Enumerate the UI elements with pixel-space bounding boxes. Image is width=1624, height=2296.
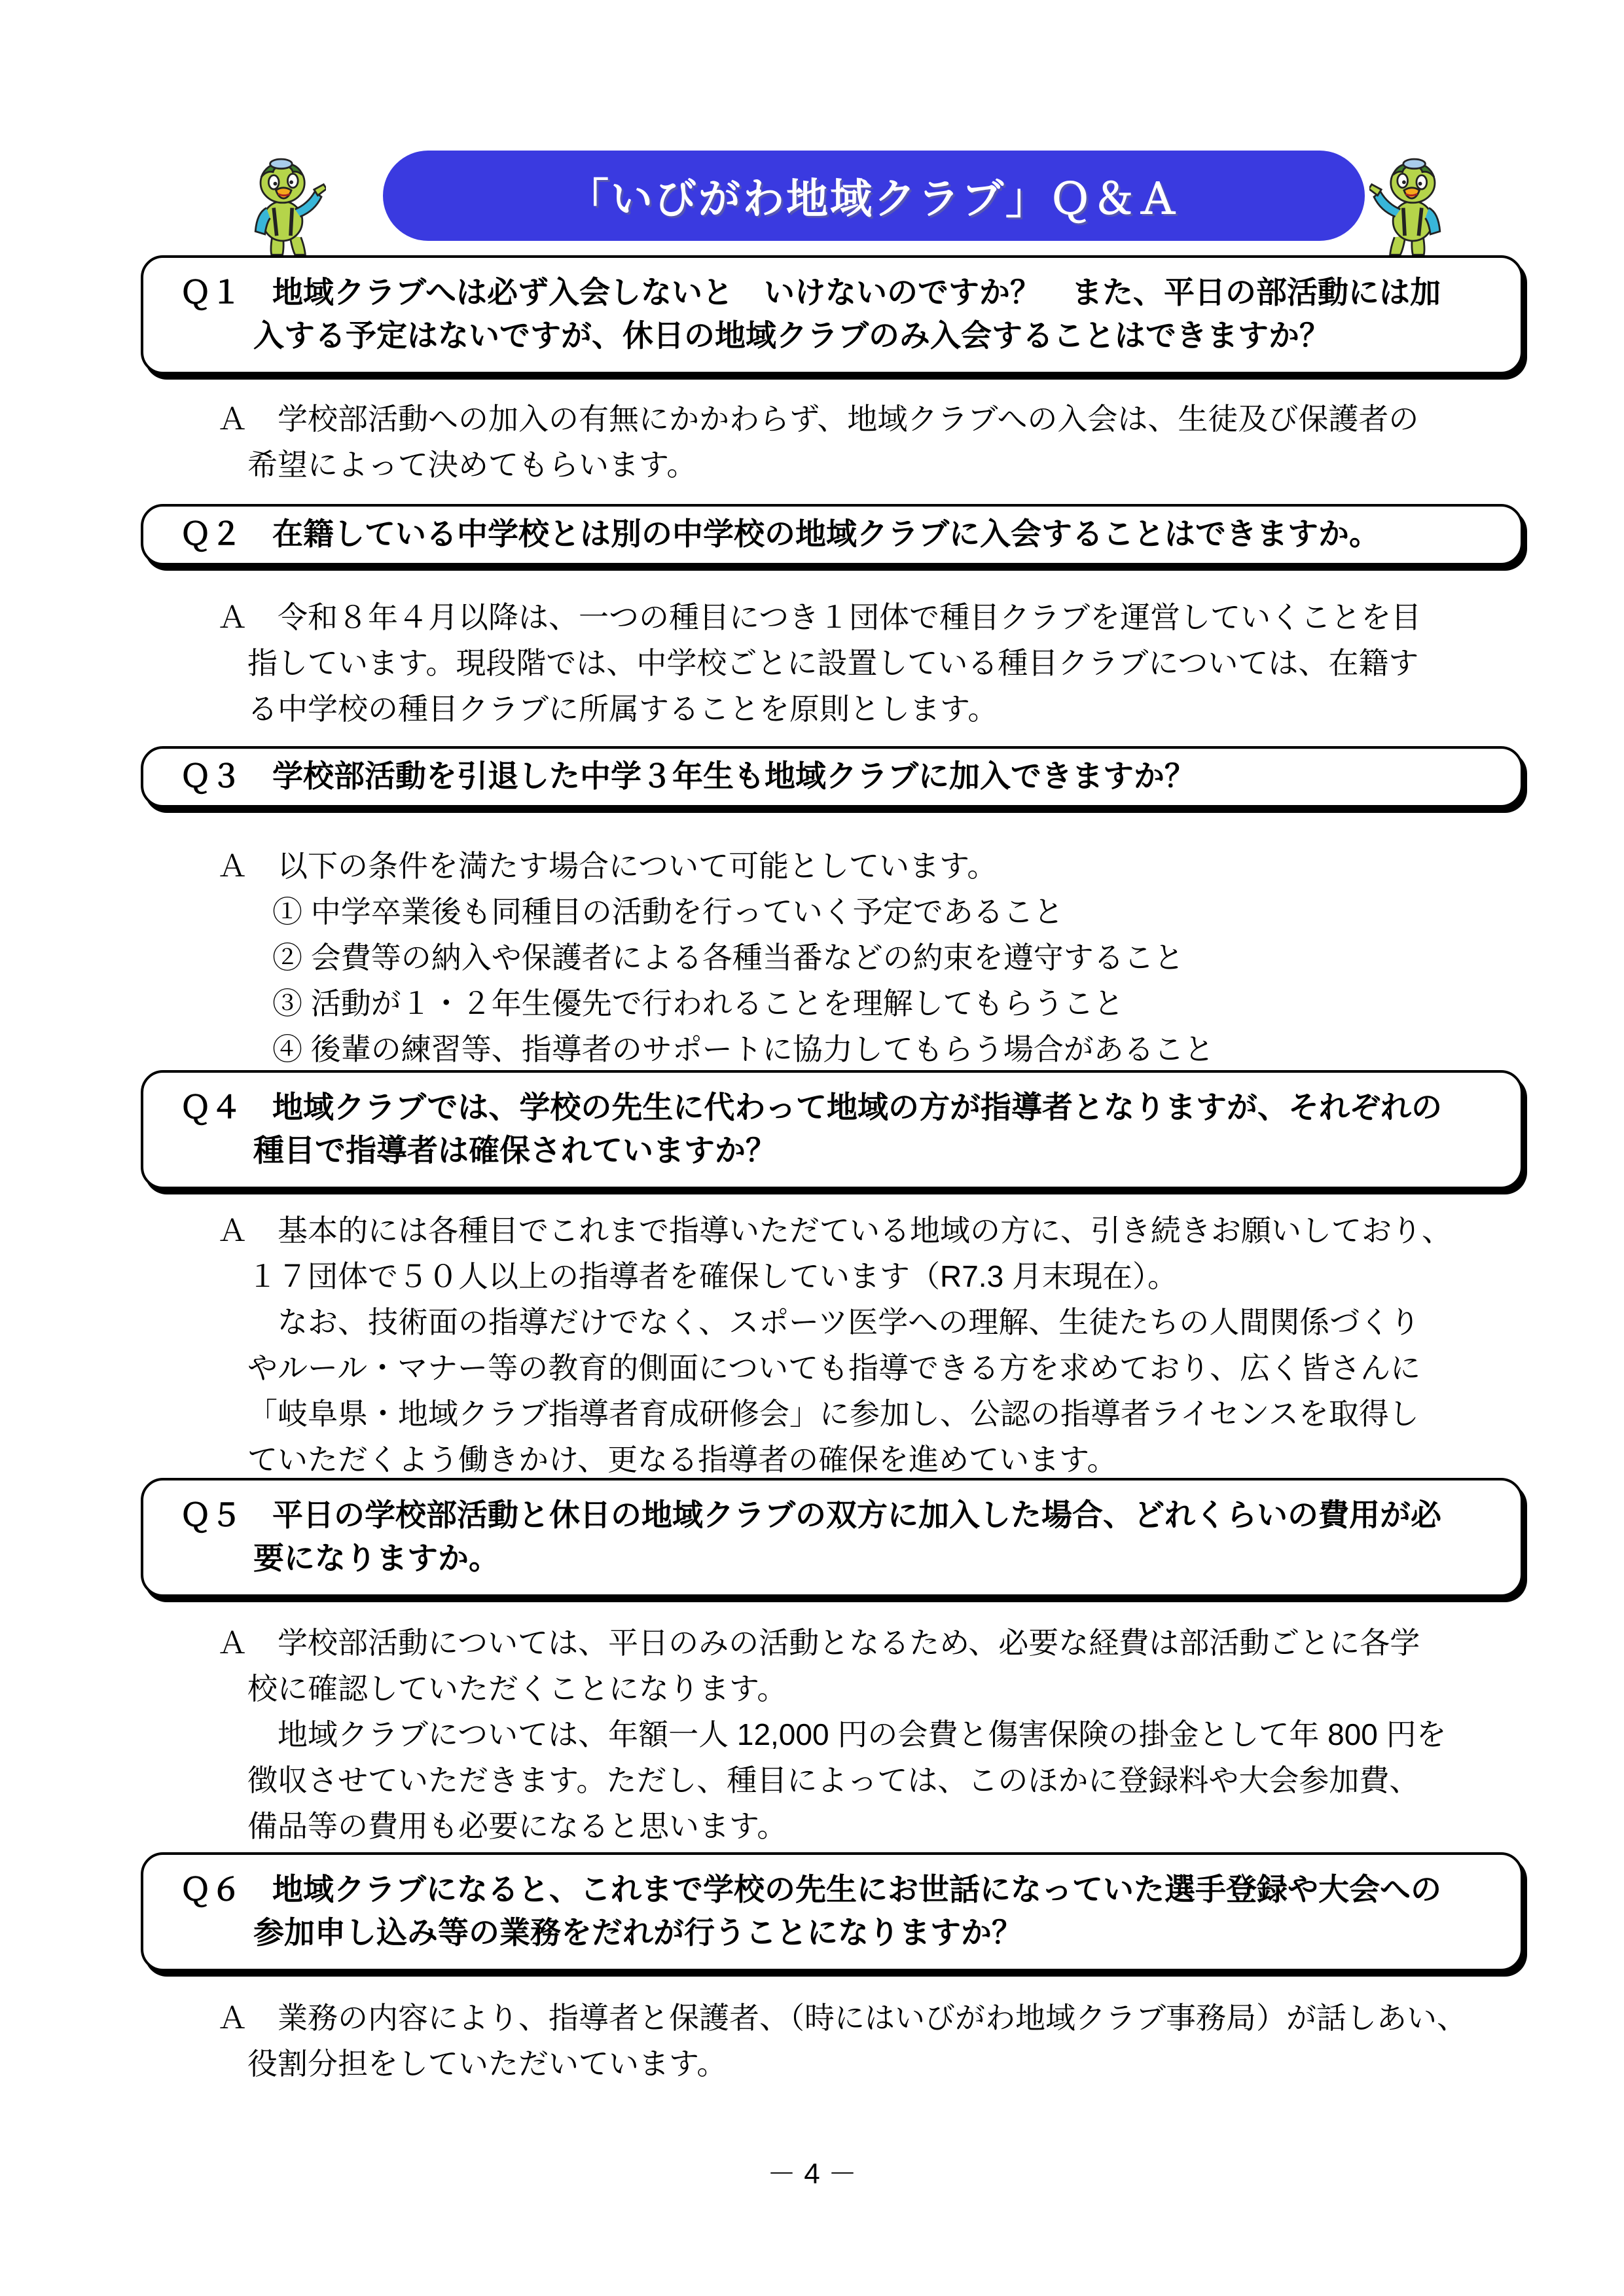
title-banner: 「いびがわ地域クラブ」Ｑ＆Ａ — [383, 151, 1365, 241]
answer-block-a3: Ａ 以下の条件を満たす場合について可能としています。 ① 中学卒業後も同種目の活… — [217, 843, 1592, 1072]
question-text: Ｑ４ 地域クラブでは、学校の先生に代わって地域の方が指導者となりますが、それぞれ… — [180, 1086, 1494, 1129]
answer-text: Ａ 以下の条件を満たす場合について可能としています。 — [217, 843, 1592, 889]
answer-text: ていただくよう働きかけ、更なる指導者の確保を進めています。 — [217, 1437, 1592, 1482]
question-text: 要になりますか。 — [180, 1537, 1494, 1580]
answer-list-item: ① 中学卒業後も同種目の活動を行っていく予定であること — [217, 889, 1592, 935]
answer-text: 地域クラブについては、年額一人 12,000 円の会費と傷害保険の掛金として年 … — [217, 1712, 1592, 1757]
answer-text: Ａ 基本的には各種目でこれまで指導いただている地域の方に、引き続きお願いしており… — [217, 1208, 1592, 1253]
question-text: 入する予定はないですが、休日の地域クラブのみ入会することはできますか？ — [180, 314, 1494, 357]
question-box-q1: Ｑ１ 地域クラブへは必ず入会しないと いけないのですか？ また、平日の部活動には… — [141, 255, 1523, 374]
answer-text: 校に確認していただくことになります。 — [217, 1666, 1592, 1712]
question-box-q3: Ｑ３ 学校部活動を引退した中学３年生も地域クラブに加入できますか？ — [141, 746, 1523, 808]
answer-text: １７団体で５０人以上の指導者を確保しています（R7.3 月末現在）。 — [217, 1253, 1592, 1299]
answer-text: Ａ 学校部活動については、平日のみの活動となるため、必要な経費は部活動ごとに各学 — [217, 1620, 1592, 1666]
answer-text: なお、技術面の指導だけでなく、スポーツ医学への理解、生徒たちの人間関係づくり — [217, 1299, 1592, 1345]
answer-text: 備品等の費用も必要になると思います。 — [217, 1803, 1592, 1849]
answer-text: る中学校の種目クラブに所属することを原則とします。 — [217, 686, 1592, 732]
answer-text: 徴収させていただきます。ただし、種目によっては、このほかに登録料や大会参加費、 — [217, 1757, 1592, 1803]
answer-list-item: ② 会費等の納入や保護者による各種当番などの約束を遵守すること — [217, 935, 1592, 980]
answer-text: 指しています。現段階では、中学校ごとに設置している種目クラブについては、在籍す — [217, 640, 1592, 686]
question-box-q6: Ｑ６ 地域クラブになると、これまで学校の先生にお世話になっていた選手登録や大会へ… — [141, 1852, 1523, 1971]
question-box-q4: Ｑ４ 地域クラブでは、学校の先生に代わって地域の方が指導者となりますが、それぞれ… — [141, 1070, 1523, 1189]
page-number: － 4 － — [0, 2150, 1624, 2192]
question-text: 参加申し込み等の業務をだれが行うことになりますか？ — [180, 1911, 1494, 1954]
question-text: Ｑ２ 在籍している中学校とは別の中学校の地域クラブに入会することはできますか。 — [180, 512, 1494, 556]
answer-text: 希望によって決めてもらいます。 — [217, 442, 1592, 488]
answer-text: やルール・マナー等の教育的側面についても指導できる方を求めており、広く皆さんに — [217, 1345, 1592, 1391]
answer-list-item: ④ 後輩の練習等、指導者のサポートに協力してもらう場合があること — [217, 1026, 1592, 1072]
question-text: 種目で指導者は確保されていますか？ — [180, 1129, 1494, 1172]
question-box-q2: Ｑ２ 在籍している中学校とは別の中学校の地域クラブに入会することはできますか。 — [141, 504, 1523, 565]
question-box-q5: Ｑ５ 平日の学校部活動と休日の地域クラブの双方に加入した場合、どれくらいの費用が… — [141, 1478, 1523, 1597]
question-text: Ｑ３ 学校部活動を引退した中学３年生も地域クラブに加入できますか？ — [180, 755, 1494, 798]
answer-text: Ａ 学校部活動への加入の有無にかかわらず、地域クラブへの入会は、生徒及び保護者の — [217, 396, 1592, 442]
document-page: 「いびがわ地域クラブ」Ｑ＆Ａ Ｑ１ 地域クラブへは必ず入会しないと いけないので… — [0, 0, 1624, 2296]
answer-text: Ａ 業務の内容により、指導者と保護者、（時にはいびがわ地域クラブ事務局）が話しあ… — [217, 1995, 1592, 2041]
question-text: Ｑ６ 地域クラブになると、これまで学校の先生にお世話になっていた選手登録や大会へ… — [180, 1868, 1494, 1911]
answer-block-a4: Ａ 基本的には各種目でこれまで指導いただている地域の方に、引き続きお願いしており… — [217, 1208, 1592, 1482]
question-text: Ｑ５ 平日の学校部活動と休日の地域クラブの双方に加入した場合、どれくらいの費用が… — [180, 1494, 1494, 1537]
answer-text: 役割分担をしていただいています。 — [217, 2041, 1592, 2087]
page-title: 「いびがわ地域クラブ」Ｑ＆Ａ — [567, 166, 1181, 226]
answer-block-a2: Ａ 令和８年４月以降は、一つの種目につき１団体で種目クラブを運営していくことを目… — [217, 594, 1592, 732]
kappa-mascot-icon — [1369, 149, 1452, 259]
answer-text: 「岐阜県・地域クラブ指導者育成研修会」に参加し、公認の指導者ライセンスを取得し — [217, 1391, 1592, 1437]
answer-list-item: ③ 活動が１・２年生優先で行われることを理解してもらうこと — [217, 980, 1592, 1026]
answer-block-a6: Ａ 業務の内容により、指導者と保護者、（時にはいびがわ地域クラブ事務局）が話しあ… — [217, 1995, 1592, 2087]
question-text: Ｑ１ 地域クラブへは必ず入会しないと いけないのですか？ また、平日の部活動には… — [180, 271, 1494, 314]
answer-block-a1: Ａ 学校部活動への加入の有無にかかわらず、地域クラブへの入会は、生徒及び保護者の… — [217, 396, 1592, 488]
answer-block-a5: Ａ 学校部活動については、平日のみの活動となるため、必要な経費は部活動ごとに各学… — [217, 1620, 1592, 1849]
answer-text: Ａ 令和８年４月以降は、一つの種目につき１団体で種目クラブを運営していくことを目 — [217, 594, 1592, 640]
kappa-mascot-icon — [244, 149, 326, 259]
